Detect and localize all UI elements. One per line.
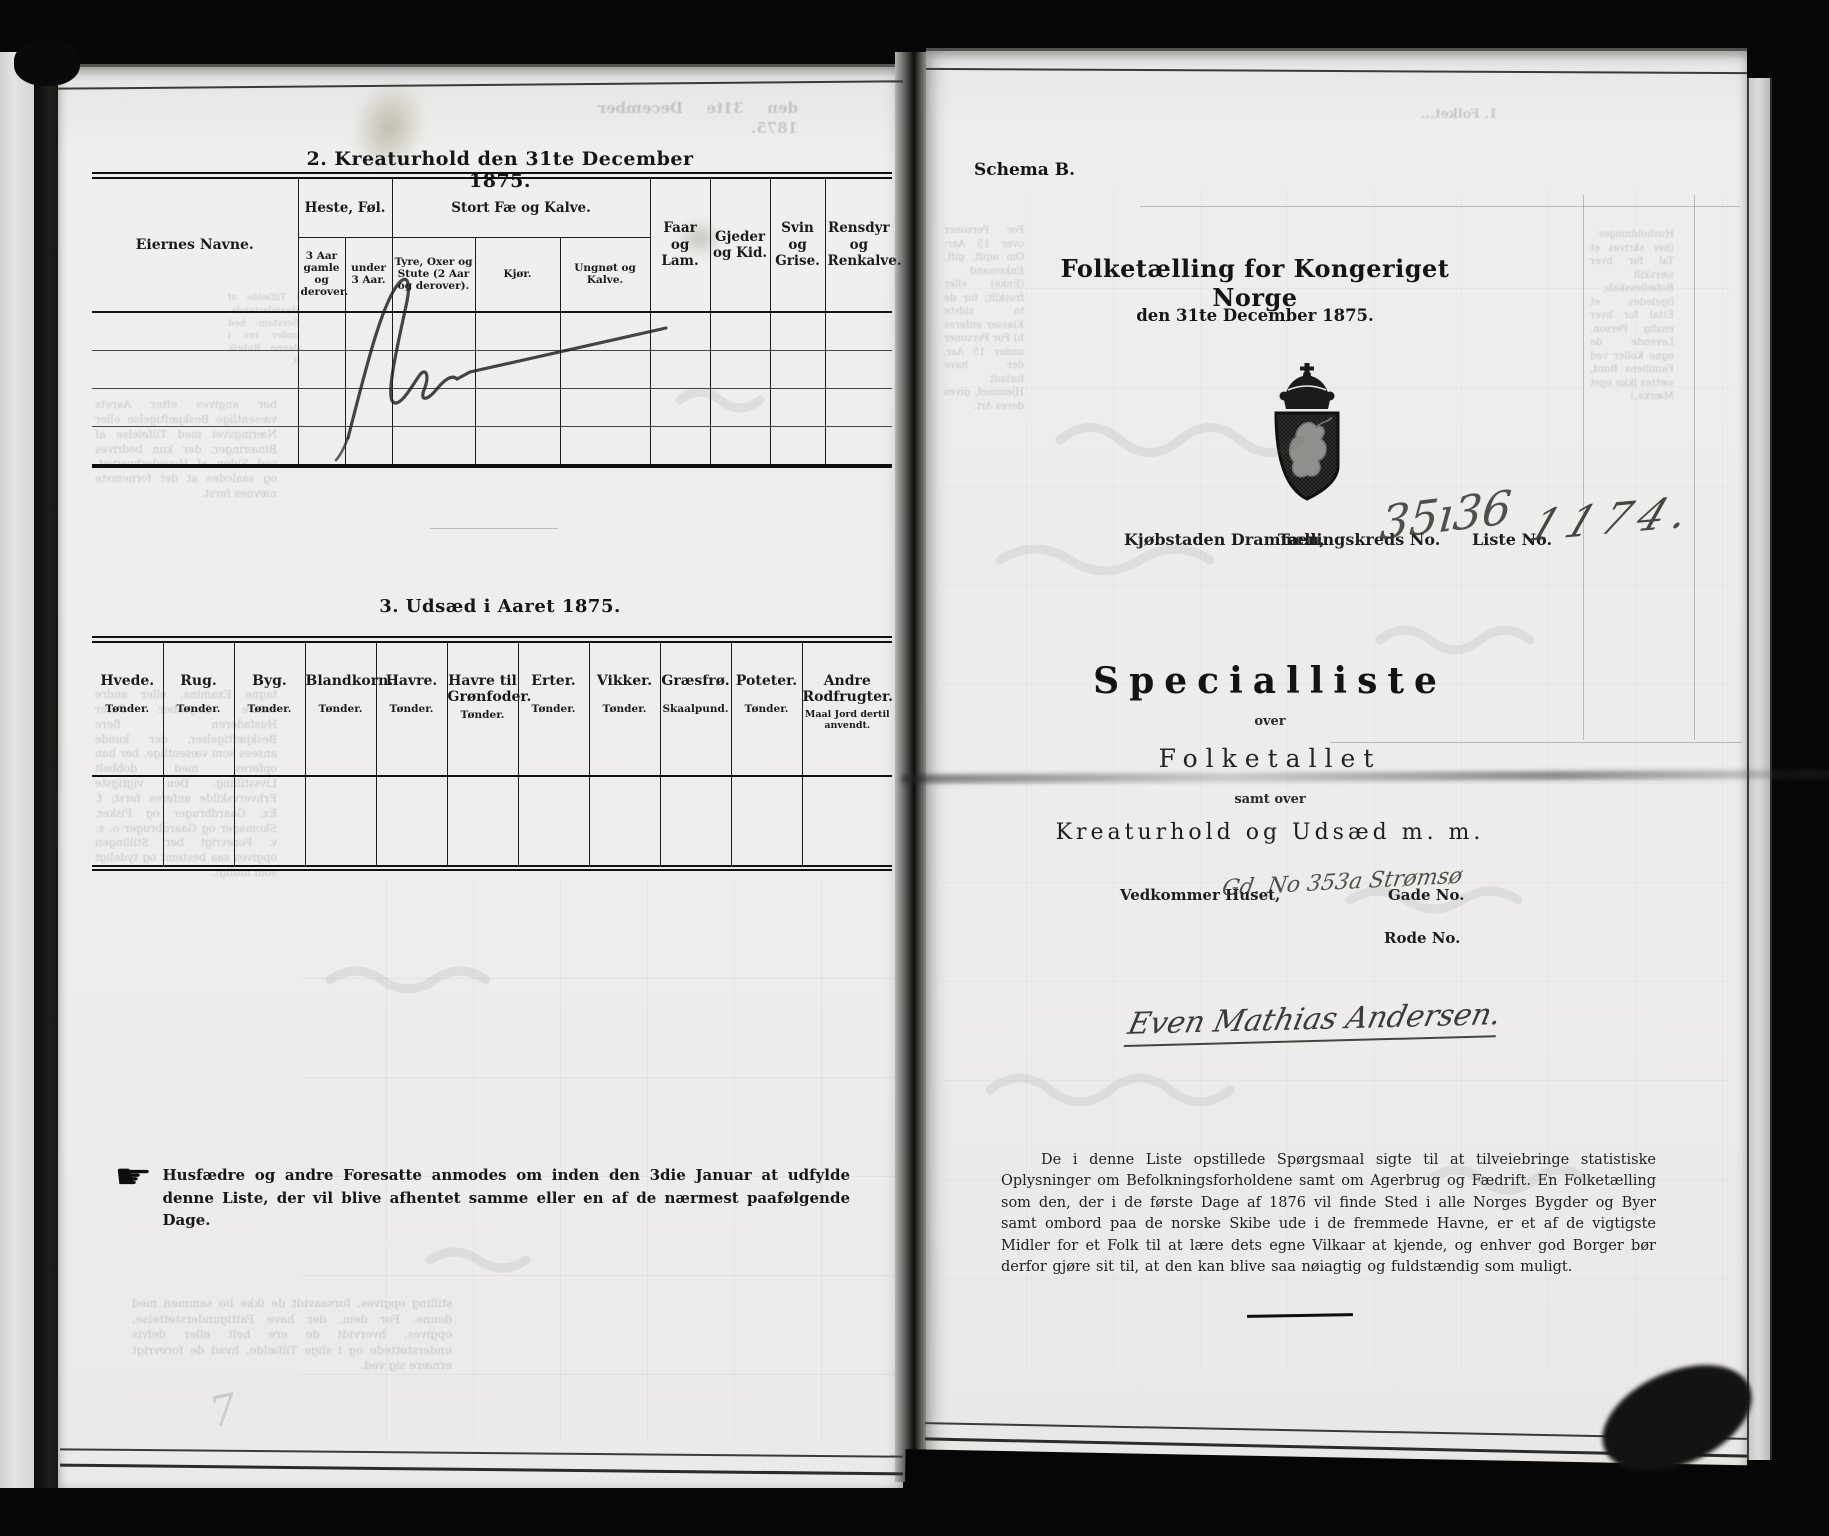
col-unit: Tønder.	[92, 703, 163, 715]
col-name: Havre.	[377, 673, 447, 689]
col-name: Erter.	[519, 673, 589, 689]
bleedthrough-line	[1583, 195, 1584, 740]
scan-bottom-black-band	[0, 1488, 1829, 1536]
col-name: Græsfrø.	[661, 673, 731, 689]
table2-group-heste: Heste, Føl.	[298, 176, 392, 238]
table3-col-blandkorn: Blandkorn. Tønder.	[305, 640, 376, 777]
col-unit: Tønder.	[164, 703, 234, 715]
table3-col-poteter: Poteter. Tønder.	[731, 640, 802, 777]
table2-col-gjeder-kid: Gjeder og Kid.	[710, 176, 770, 312]
gade-no-label: Gade No.	[1388, 886, 1464, 904]
col-name: Blandkorn.	[306, 673, 376, 689]
table3-col-vikker: Vikker. Tønder.	[589, 640, 660, 777]
heading-folketallet: Folketallet	[1020, 744, 1520, 773]
heading-kreaturhold-udsaed: Kreaturhold og Udsæd m. m.	[1020, 820, 1520, 845]
col-unit: Tønder.	[590, 703, 660, 715]
schema-label: Schema B.	[974, 160, 1075, 180]
rode-no-label: Rode No.	[1384, 929, 1460, 947]
table3-udsaed: Hvede. Tønder. Rug. Tønder. Byg. Tønder.…	[92, 636, 892, 871]
handwritten-flourish	[320, 248, 690, 463]
explanatory-paragraph: De i denne Liste opstillede Spørgsmaal s…	[1001, 1150, 1656, 1279]
table3-empty-row	[92, 776, 892, 868]
table3-col-havre-groenfoder: Havre til Grønfoder. Tønder.	[447, 640, 518, 777]
table2-col-rensdyr: Rensdyr og Renkalve.	[825, 176, 892, 312]
table3-col-hvede: Hvede. Tønder.	[92, 640, 163, 777]
bleedthrough-line	[1694, 195, 1695, 740]
bleedthrough-mirrored-date: den 31te December 1875.	[598, 98, 798, 139]
col-name: Havre til Grønfoder.	[448, 673, 518, 705]
col-unit: Tønder.	[235, 703, 305, 715]
table3-title: 3. Udsæd i Aaret 1875.	[300, 596, 700, 617]
footer-note-text: Husfædre og andre Foresatte anmodes om i…	[162, 1164, 850, 1232]
table2-col-svin-grise: Svin og Grise.	[770, 176, 825, 312]
table3-col-andre-rodfrugter: Andre Rodfrugter. Maal Jord dertil anven…	[802, 640, 892, 777]
col-name: Vikker.	[590, 673, 660, 689]
specialliste-heading: Specialliste	[1020, 660, 1520, 702]
col-name: Hvede.	[92, 673, 163, 689]
col-unit: Tønder.	[306, 703, 376, 715]
table3-col-graesfroe: Græsfrø. Skaalpund.	[660, 640, 731, 777]
fold-half-line	[430, 528, 558, 529]
document-date-line: den 31te December 1875.	[1020, 306, 1490, 325]
col-name: Poteter.	[732, 673, 802, 689]
heading-over: over	[1020, 714, 1520, 729]
scanned-census-document: den 31te December 1875. 1. Folket... bør…	[0, 0, 1829, 1536]
table2-group-stort-fae: Stort Fæ og Kalve.	[392, 176, 650, 238]
col-unit: Maal Jord dertil anvendt.	[803, 709, 893, 731]
table3-col-erter: Erter. Tønder.	[518, 640, 589, 777]
coat-of-arms-norwegian-lion	[1266, 362, 1348, 504]
scan-left-page-stack-edge	[0, 52, 34, 1494]
manicule-pointing-hand-icon: ☛	[114, 1162, 152, 1193]
bleedthrough-line	[1330, 742, 1742, 743]
bleedthrough-right-page-right-col: Husholdninger. (her skrives et Tal for h…	[1590, 228, 1674, 404]
footer-note: ☛ Husfædre og andre Foresatte anmodes om…	[118, 1162, 850, 1232]
table3-col-rug: Rug. Tønder.	[163, 640, 234, 777]
col-name: Rug.	[164, 673, 234, 689]
heading-samt-over: samt over	[1020, 792, 1520, 807]
col-unit: Tønder.	[732, 703, 802, 715]
table3-col-havre: Havre. Tønder.	[376, 640, 447, 777]
scan-left-dark-edge	[34, 55, 60, 1493]
col-unit: Tønder.	[448, 709, 518, 721]
col-unit: Tønder.	[377, 703, 447, 715]
table3-col-byg: Byg. Tønder.	[234, 640, 305, 777]
bleedthrough-left-margin-lower: stilling opgives, forsaavidt de ikke bo …	[132, 1296, 452, 1374]
scan-corner-shadow	[14, 40, 80, 86]
bleedthrough-mirrored-header: 1. Folket...	[1388, 106, 1498, 124]
col-unit: Skaalpund.	[661, 703, 731, 715]
table2-col-eiernes-navne: Eiernes Navne.	[92, 176, 298, 312]
col-name: Byg.	[235, 673, 305, 689]
document-title: Folketælling for Kongeriget Norge	[1020, 254, 1490, 312]
bleedthrough-right-page-left-col: For Personer over 15 Aar: Om ugift, gift…	[944, 224, 1024, 413]
col-name: Andre Rodfrugter.	[803, 673, 893, 705]
bleedthrough-line	[1140, 206, 1740, 207]
